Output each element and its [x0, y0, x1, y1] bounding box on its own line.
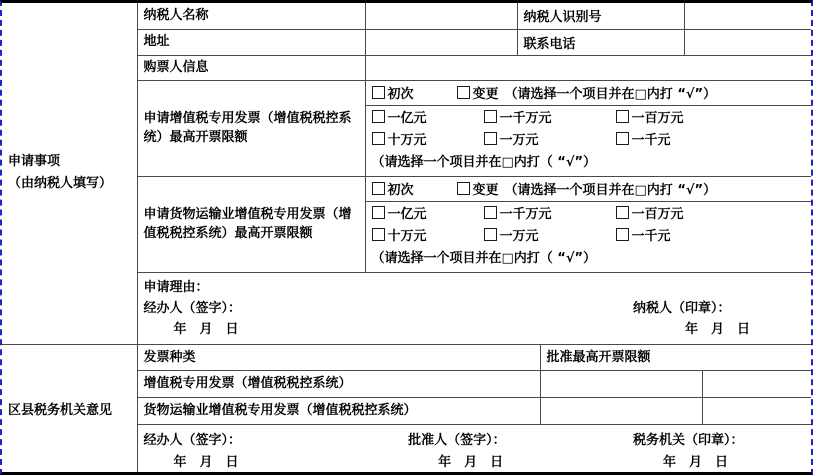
reason-line: 申请理由：	[144, 277, 806, 298]
vat-request-label: 申请增值税专用发票（增值税税控系统）最高开票限额	[137, 80, 365, 176]
applicant-section-table: 申请事项 （由纳税人填写） 纳税人名称 纳税人识别号 地址 联系电话 购票人信息…	[2, 3, 811, 345]
authority-seal-label: 税务机关（印章）：	[633, 430, 805, 452]
vat-amount-option: 一百万元	[616, 108, 684, 130]
checkbox-icon[interactable]	[372, 206, 385, 219]
authority-section-table: 区县税务机关意见 发票种类 批准最高开票限额 增值税专用发票（增值税税控系统） …	[2, 345, 811, 475]
reason-label: 申请理由：	[144, 277, 209, 298]
checkbox-icon[interactable]	[372, 228, 385, 241]
freight-amount-label: 一千元	[632, 229, 671, 244]
vat-amount-label: 一千元	[632, 133, 671, 148]
checkbox-icon[interactable]	[616, 110, 629, 123]
freight-amount-label: 一千万元	[500, 207, 552, 222]
vat-amount-label: 十万元	[388, 133, 427, 148]
date-line: 年 月 日 年 月 日	[144, 319, 806, 340]
taxpayer-id-label: 纳税人识别号	[517, 3, 684, 29]
section-header-applicant-line1: 申请事项	[8, 151, 131, 173]
checkbox-icon[interactable]	[484, 206, 497, 219]
address-label: 地址	[137, 29, 365, 55]
authority-handler-col: 经办人（签字）： 年 月 日	[144, 430, 409, 474]
freight-amount-option: 一万元	[484, 226, 616, 248]
freight-apply-change-label: 变更	[473, 183, 499, 198]
checkbox-icon[interactable]	[484, 132, 497, 145]
freight-amount-option: 一千元	[616, 226, 671, 248]
invoice-type-vat: 增值税专用发票（增值税税控系统）	[137, 371, 540, 398]
section-header-applicant-line2: （由纳税人填写）	[8, 173, 131, 195]
authority-approver-date: 年 月 日	[408, 452, 633, 474]
vat-apply-first-label: 初次	[388, 87, 414, 102]
vat-approved-limit-field-2[interactable]	[702, 371, 811, 398]
purchaser-info-field[interactable]	[365, 55, 811, 80]
vat-amount-label: 一万元	[500, 133, 539, 148]
authority-signature-cell[interactable]: 经办人（签字）： 年 月 日 批准人（签字）： 年 月 日 税务机关（印章）： …	[137, 425, 811, 475]
authority-approver-label: 批准人（签字）：	[408, 430, 633, 452]
freight-amounts-row2: 十万元一万元一千元	[372, 226, 806, 248]
checkbox-icon[interactable]	[616, 206, 629, 219]
taxpayer-name-field[interactable]	[365, 3, 517, 29]
signer-line: 经办人（签字）： 纳税人（印章）：	[144, 298, 806, 319]
freight-amount-option: 一千万元	[484, 204, 616, 226]
purchaser-info-label: 购票人信息	[137, 55, 365, 80]
section-header-applicant: 申请事项 （由纳税人填写）	[2, 3, 137, 344]
handler-sign-label: 经办人（签字）：	[144, 298, 634, 319]
authority-seal-date: 年 月 日	[633, 452, 805, 474]
freight-amounts-cell: 一亿元一千万元一百万元 十万元一万元一千元 （请选择一个项目并在□内打（ “√”…	[365, 201, 811, 272]
vat-apply-type-option-first: 初次	[372, 83, 457, 102]
vat-amount-label: 一千万元	[500, 111, 552, 126]
freight-vat-request-label: 申请货物运输业增值税专用发票（增值税税控系统）最高开票限额	[137, 176, 365, 272]
checkbox-icon[interactable]	[372, 86, 385, 99]
freight-approved-limit-field[interactable]	[540, 398, 702, 425]
freight-amounts-note: （请选择一个项目并在□内打（ “√”）	[372, 248, 806, 270]
phone-field[interactable]	[684, 29, 811, 55]
invoice-type-freight: 货物运输业增值税专用发票（增值税税控系统）	[137, 398, 540, 425]
tax-form-sheet: 申请事项 （由纳税人填写） 纳税人名称 纳税人识别号 地址 联系电话 购票人信息…	[0, 0, 813, 475]
freight-apply-first-label: 初次	[388, 183, 414, 198]
checkbox-icon[interactable]	[484, 228, 497, 241]
vat-amount-option: 一千元	[616, 130, 671, 152]
freight-amount-option: 一亿元	[372, 204, 484, 226]
freight-apply-type-option-change: 变更	[457, 179, 499, 198]
vat-amounts-row2: 十万元一万元一千元	[372, 130, 806, 152]
freight-apply-type-note: （请选择一个项目并在□内打 “√”）	[505, 183, 717, 198]
authority-handler-label: 经办人（签字）：	[144, 430, 409, 452]
freight-amount-label: 一百万元	[632, 207, 684, 222]
vat-amount-option: 一万元	[484, 130, 616, 152]
vat-apply-change-label: 变更	[473, 87, 499, 102]
checkbox-icon[interactable]	[372, 132, 385, 145]
vat-amounts-note: （请选择一个项目并在□内打（ “√”）	[372, 152, 806, 174]
phone-label: 联系电话	[517, 29, 684, 55]
section-header-authority: 区县税务机关意见	[2, 345, 137, 475]
vat-amounts-cell: 一亿元一千万元一百万元 十万元一万元一千元 （请选择一个项目并在□内打（ “√”…	[365, 105, 811, 176]
checkbox-icon[interactable]	[484, 110, 497, 123]
vat-amount-option: 十万元	[372, 130, 484, 152]
checkbox-icon[interactable]	[616, 228, 629, 241]
vat-amount-label: 一百万元	[632, 111, 684, 126]
taxpayer-id-field[interactable]	[684, 3, 811, 29]
freight-apply-type-row: 初次变更（请选择一个项目并在□内打 “√”）	[365, 176, 811, 201]
vat-amount-option: 一亿元	[372, 108, 484, 130]
address-field[interactable]	[365, 29, 517, 55]
freight-amounts-row1: 一亿元一千万元一百万元	[372, 204, 806, 226]
taxpayer-date: 年 月 日	[663, 319, 805, 340]
freight-amount-label: 一万元	[500, 229, 539, 244]
checkbox-icon[interactable]	[457, 182, 470, 195]
freight-amount-label: 十万元	[388, 229, 427, 244]
authority-handler-date: 年 月 日	[144, 452, 409, 474]
approved-limit-header: 批准最高开票限额	[540, 345, 811, 371]
checkbox-icon[interactable]	[372, 110, 385, 123]
authority-seal-col: 税务机关（印章）： 年 月 日	[633, 430, 805, 474]
authority-approver-col: 批准人（签字）： 年 月 日	[408, 430, 633, 474]
vat-apply-type-option-change: 变更	[457, 83, 499, 102]
freight-approved-limit-field-2[interactable]	[702, 398, 811, 425]
reason-cell[interactable]: 申请理由： 经办人（签字）： 纳税人（印章）： 年 月 日 年 月 日	[137, 272, 811, 344]
checkbox-icon[interactable]	[372, 182, 385, 195]
vat-approved-limit-field[interactable]	[540, 371, 702, 398]
handler-date: 年 月 日	[144, 319, 664, 340]
taxpayer-seal-label: 纳税人（印章）：	[633, 298, 805, 319]
authority-signature-row: 经办人（签字）： 年 月 日 批准人（签字）： 年 月 日 税务机关（印章）： …	[144, 430, 806, 474]
vat-amount-option: 一千万元	[484, 108, 616, 130]
freight-apply-type-option-first: 初次	[372, 179, 457, 198]
vat-apply-type-note: （请选择一个项目并在□内打 “√”）	[505, 87, 717, 102]
freight-amount-label: 一亿元	[388, 207, 427, 222]
invoice-type-header: 发票种类	[137, 345, 540, 371]
freight-amount-option: 十万元	[372, 226, 484, 248]
taxpayer-name-label: 纳税人名称	[137, 3, 365, 29]
vat-amounts-row1: 一亿元一千万元一百万元	[372, 108, 806, 130]
checkbox-icon[interactable]	[616, 132, 629, 145]
vat-apply-type-row: 初次变更（请选择一个项目并在□内打 “√”）	[365, 80, 811, 105]
vat-amount-label: 一亿元	[388, 111, 427, 126]
freight-amount-option: 一百万元	[616, 204, 684, 226]
checkbox-icon[interactable]	[457, 86, 470, 99]
